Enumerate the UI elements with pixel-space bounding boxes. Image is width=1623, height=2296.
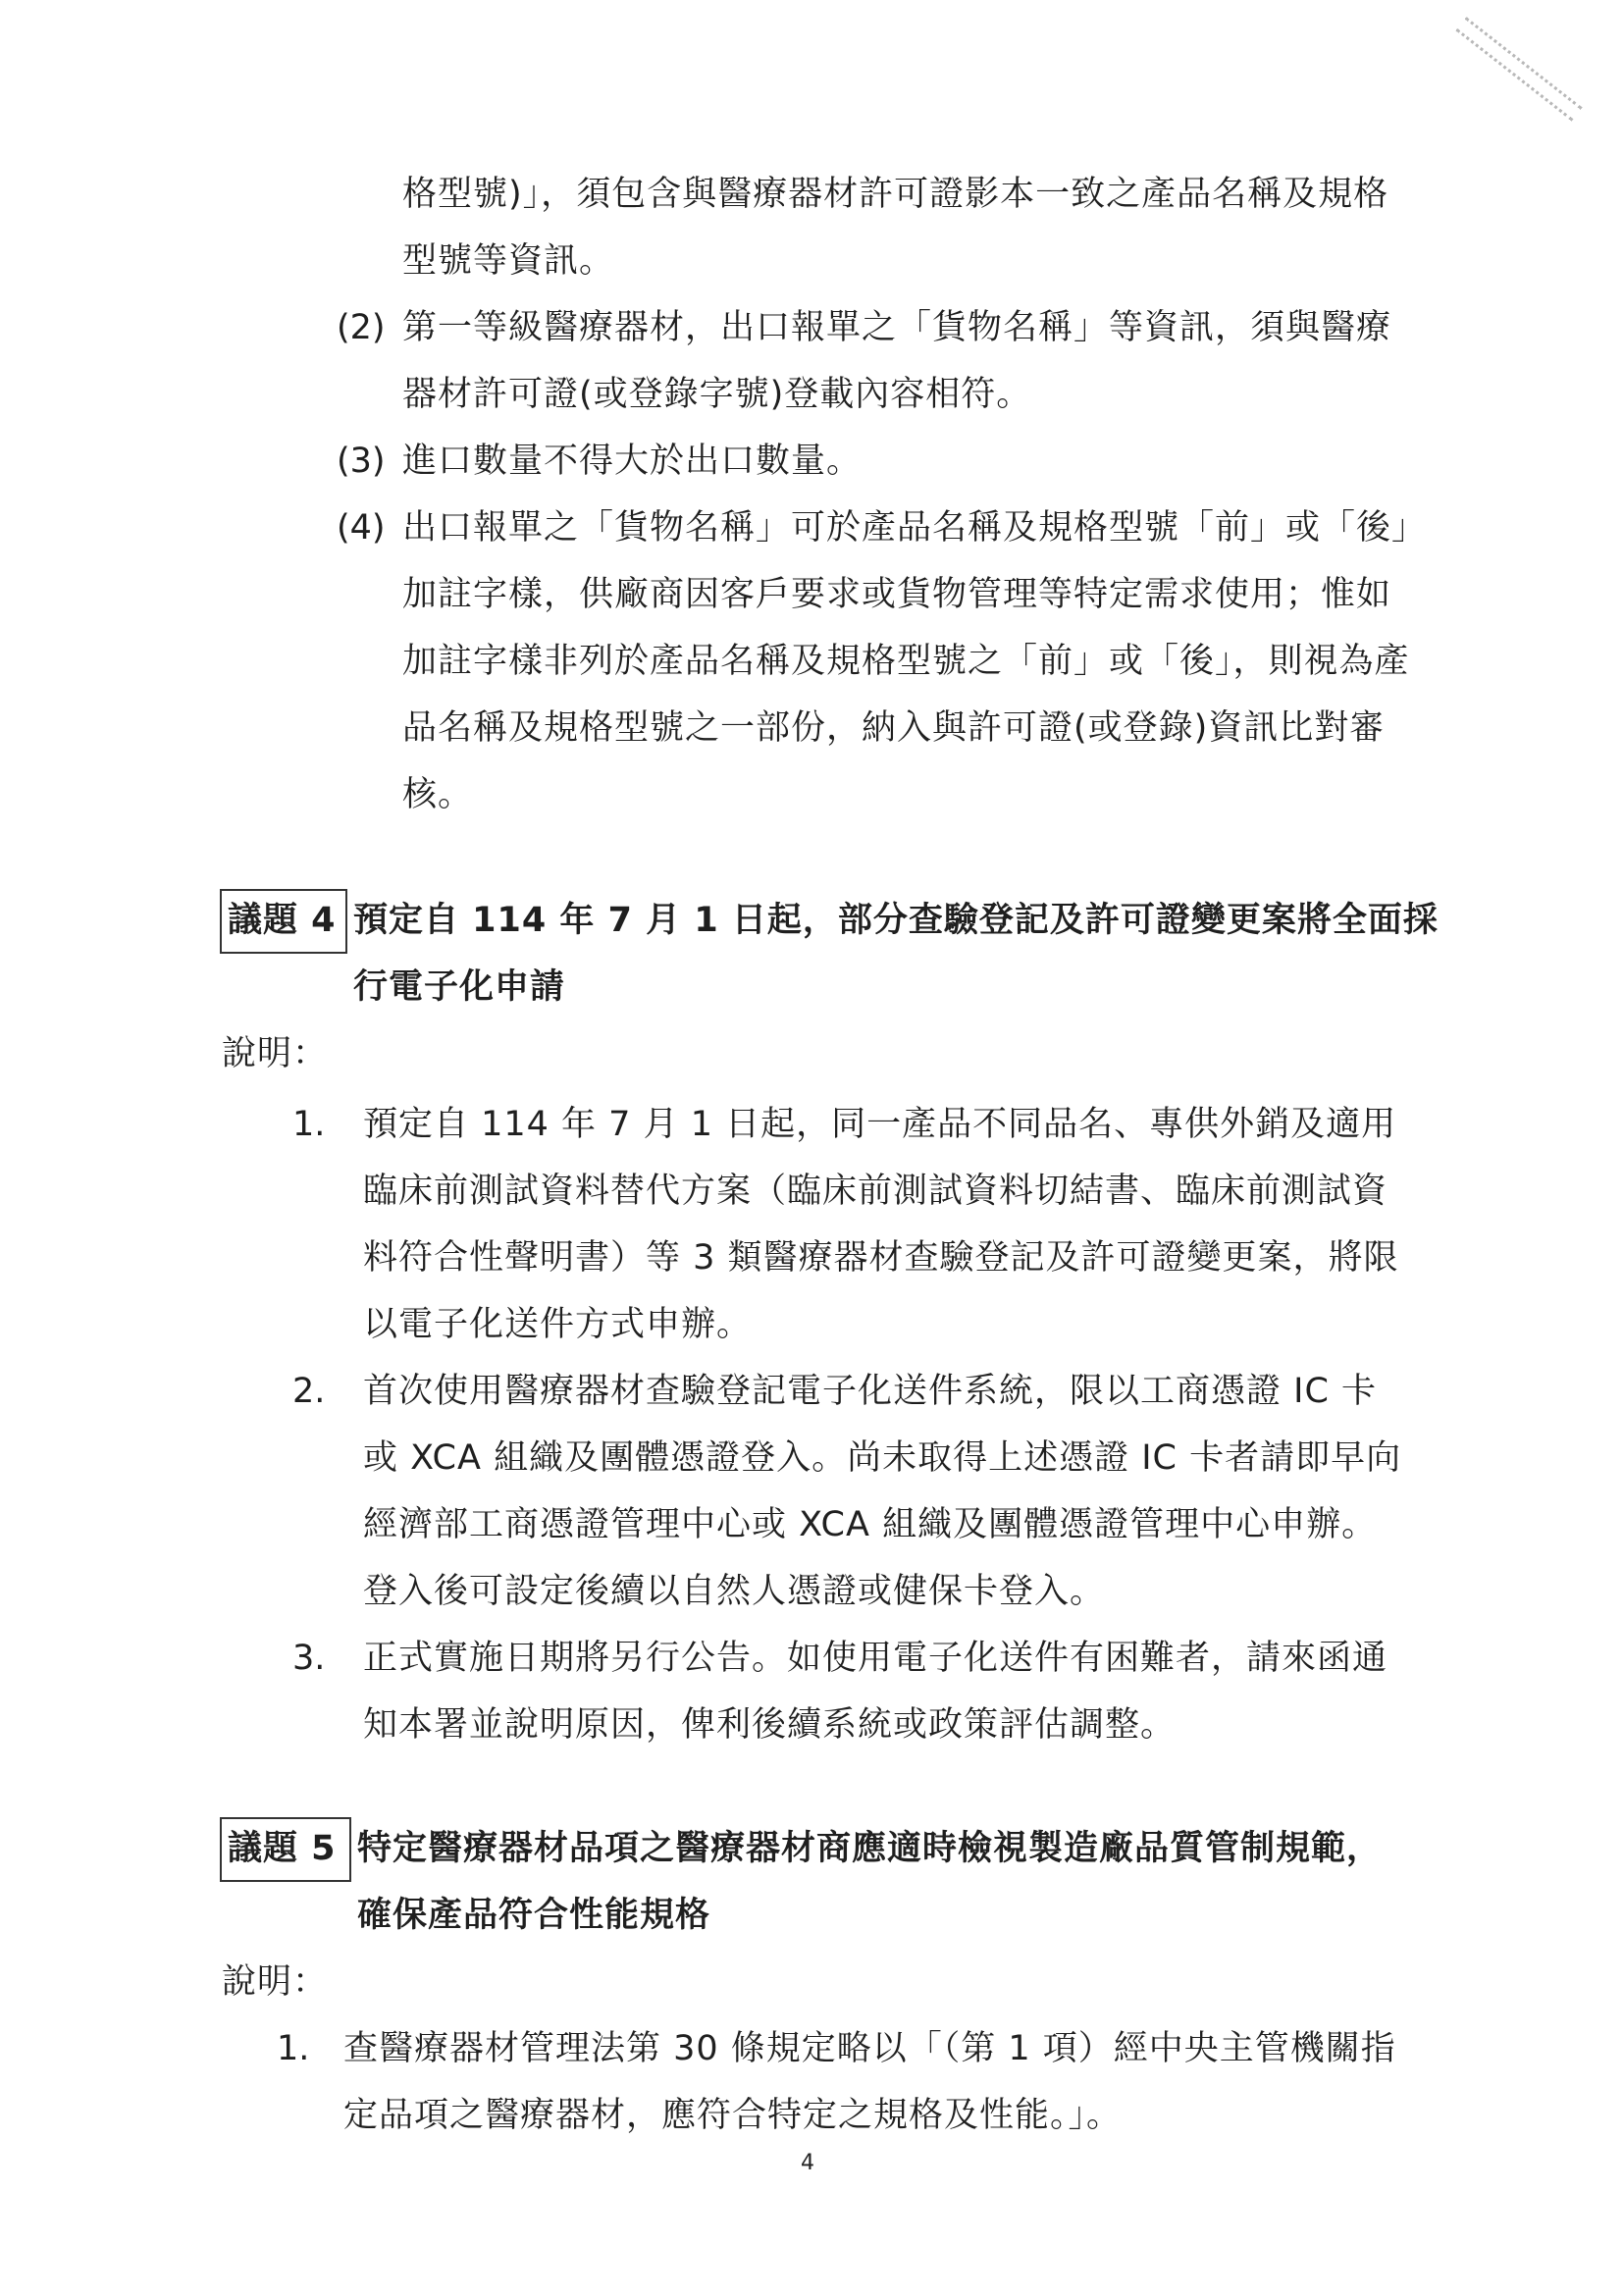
document-page: 格型號)」，須包含與醫療器材許可證影本一致之產品名稱及規格 型號等資訊。 (2)… xyxy=(0,0,1623,2296)
sub-item-marker: (2) xyxy=(337,306,386,349)
list-item-line: 首次使用醫療器材查驗登記電子化送件系統，限以工商憑證 IC 卡 xyxy=(363,1370,1377,1413)
list-item-line: 查醫療器材管理法第 30 條規定略以「（第 1 項）經中央主管機關指 xyxy=(343,2027,1396,2070)
list-item-line: 正式實施日期將另行公告。如使用電子化送件有困難者，請來函通 xyxy=(363,1637,1387,1680)
topic-5-label: 議題 5 xyxy=(228,1827,337,1870)
list-item-line: 知本署並說明原因，俾利後續系統或政策評估調整。 xyxy=(363,1703,1176,1747)
topic-5-explanation-label: 說明： xyxy=(222,1960,328,2004)
list-marker: 3. xyxy=(292,1637,325,1680)
sub-item-marker: (3) xyxy=(337,440,386,483)
sub-item-line: 出口報單之「貨物名稱」可於產品名稱及規格型號「前」或「後」 xyxy=(402,506,1427,549)
sub-item-line: 加註字樣，供廠商因客戶要求或貨物管理等特定需求使用；惟如 xyxy=(402,573,1391,616)
list-marker: 1. xyxy=(277,2027,309,2070)
sub-item-line: 第一等級醫療器材，出口報單之「貨物名稱」等資訊，須與醫療 xyxy=(402,306,1391,349)
sub-item-line: 器材許可證(或登錄字號)登載內容相符。 xyxy=(402,373,1031,416)
sub-item-line: 品名稱及規格型號之一部份，納入與許可證(或登錄)資訊比對審 xyxy=(402,706,1385,750)
topic-5-title: 特定醫療器材品項之醫療器材商應適時檢視製造廠品質管制規範， xyxy=(357,1827,1382,1870)
list-item-line: 經濟部工商憑證管理中心或 XCA 組織及團體憑證管理中心申辦。 xyxy=(363,1503,1377,1546)
continuation-line: 型號等資訊。 xyxy=(402,239,614,283)
list-marker: 2. xyxy=(292,1370,325,1413)
list-item-line: 臨床前測試資料替代方案（臨床前測試資料切結書、臨床前測試資 xyxy=(363,1170,1387,1213)
sub-item-line: 進口數量不得大於出口數量。 xyxy=(402,440,862,483)
topic-4-title: 預定自 114 年 7 月 1 日起，部分查驗登記及許可證變更案將全面採 xyxy=(353,899,1439,942)
topic-4-label: 議題 4 xyxy=(228,899,337,942)
list-item-line: 或 XCA 組織及團體憑證登入。尚未取得上述憑證 IC 卡者請即早向 xyxy=(363,1436,1401,1480)
list-item-line: 預定自 114 年 7 月 1 日起，同一產品不同品名、專供外銷及適用 xyxy=(363,1103,1396,1146)
topic-4-title: 行電子化申請 xyxy=(353,965,565,1009)
topic-5-title: 確保產品符合性能規格 xyxy=(357,1894,710,1937)
topic-4-explanation-label: 說明： xyxy=(222,1032,328,1075)
sub-item-line: 核。 xyxy=(402,773,473,816)
sub-item-marker: (4) xyxy=(337,506,386,549)
sub-item-line: 加註字樣非列於產品名稱及規格型號之「前」或「後」，則視為產 xyxy=(402,640,1410,683)
continuation-line: 格型號)」，須包含與醫療器材許可證影本一致之產品名稱及規格 xyxy=(402,173,1388,216)
page-number: 4 xyxy=(801,2151,814,2175)
list-item-line: 定品項之醫療器材，應符合特定之規格及性能。」。 xyxy=(343,2094,1122,2137)
list-item-line: 以電子化送件方式申辦。 xyxy=(363,1303,752,1346)
stamp-mark xyxy=(1382,10,1596,223)
list-item-line: 料符合性聲明書）等 3 類醫療器材查驗登記及許可證變更案，將限 xyxy=(363,1236,1399,1279)
list-item-line: 登入後可設定後續以自然人憑證或健保卡登入。 xyxy=(363,1570,1105,1613)
list-marker: 1. xyxy=(292,1103,325,1146)
